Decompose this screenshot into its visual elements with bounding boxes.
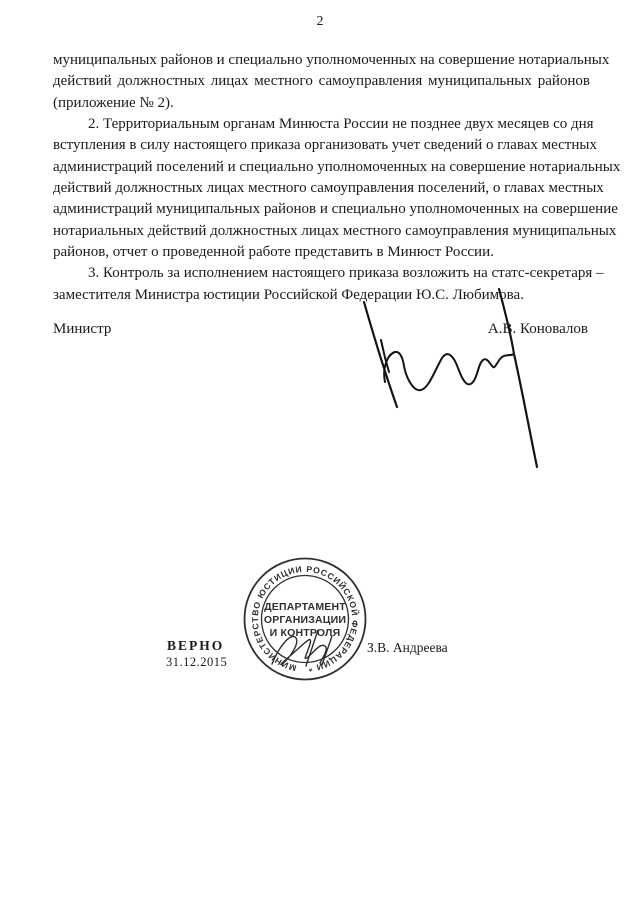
page-number: 2 [0, 14, 640, 30]
stamp-center-line-1: ДЕПАРТАМЕНТ [264, 601, 346, 613]
text-line: действий должностных лицах местного само… [53, 178, 590, 199]
signature-stroke [384, 352, 514, 390]
stamp-center-line-3: И КОНТРОЛЯ [270, 627, 341, 639]
minister-title: Министр [53, 321, 111, 338]
text-line: вступления в силу настоящего приказа орг… [53, 135, 590, 156]
signature-stroke [499, 289, 537, 467]
certifier-name: З.В. Андреева [367, 640, 448, 656]
minister-signature-scribble [355, 280, 550, 475]
text-line: администраций муниципальных районов и сп… [53, 199, 590, 220]
text-line: районов, отчет о проведенной работе пред… [53, 242, 590, 263]
document-body: муниципальных районов и специально уполн… [53, 50, 590, 306]
stamp-center-line-2: ОРГАНИЗАЦИИ [264, 614, 346, 626]
text-line: нотариальных действий должностных лицах … [53, 221, 590, 242]
text-line: действий должностных лицах местного само… [53, 71, 590, 92]
ministry-round-stamp: МИНИСТЕРСТВО ЮСТИЦИИ РОССИЙСКОЙ ФЕДЕРАЦИ… [230, 544, 380, 694]
text-line: администраций поселений и специально упо… [53, 157, 590, 178]
text-line: (приложение № 2). [53, 93, 590, 114]
verno-date: 31.12.2015 [166, 655, 227, 670]
verno-label: ВЕРНО [167, 638, 224, 654]
text-line: 2. Территориальным органам Минюста Росси… [53, 114, 590, 135]
text-line: муниципальных районов и специально уполн… [53, 50, 590, 71]
